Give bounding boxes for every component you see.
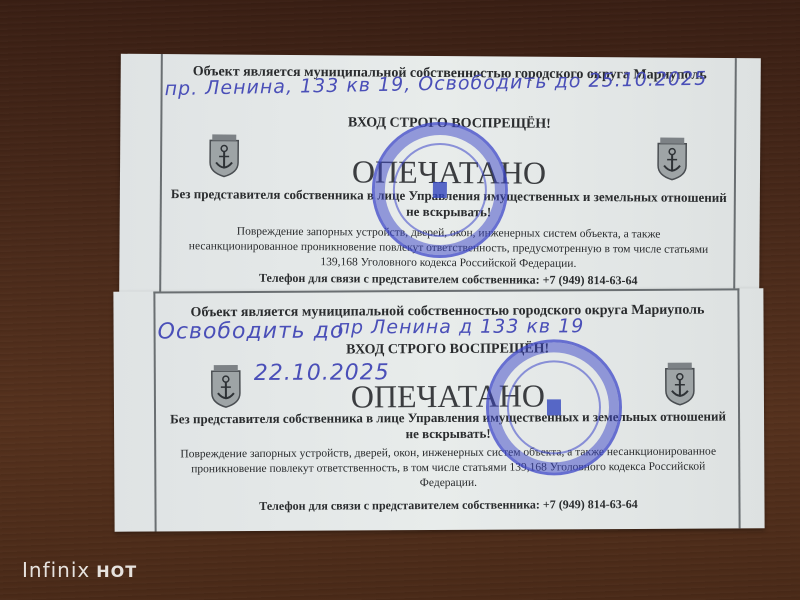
contact-phone: Телефон для связи с представителем собст… bbox=[158, 496, 738, 514]
notice-top: Объект является муниципальной собственно… bbox=[119, 54, 761, 298]
camera-brand: Infinix bbox=[22, 558, 90, 582]
frame-left-line bbox=[153, 291, 156, 531]
frame-left-line bbox=[159, 54, 163, 294]
camera-watermark: InfinixHOT bbox=[22, 558, 137, 582]
subtitle-line2: не вскрывать! bbox=[158, 424, 738, 443]
official-stamp-icon bbox=[371, 122, 508, 259]
camera-model: HOT bbox=[96, 562, 137, 581]
handwritten-instruction: Освободить до bbox=[158, 318, 345, 344]
notice-body: Повреждение запорных устройств, дверей, … bbox=[158, 444, 738, 492]
notice-bottom: Объект является муниципальной собственно… bbox=[113, 288, 764, 531]
contact-phone: Телефон для связи с представителем собст… bbox=[163, 270, 733, 289]
official-stamp-icon bbox=[486, 339, 623, 476]
handwritten-address: пр Ленина д 133 кв 19 bbox=[338, 315, 585, 338]
warning-text: ВХОД СТРОГО ВОСПРЕЩЁН! bbox=[158, 340, 738, 359]
